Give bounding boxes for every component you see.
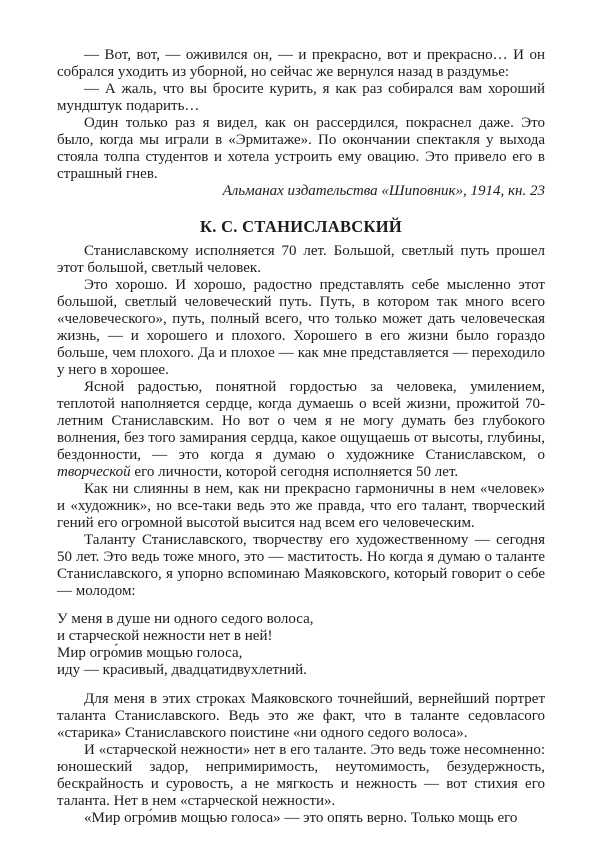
source-attribution: Альманах издательства «Шиповник», 1914, … (57, 183, 545, 200)
paragraph-creative-personality: Ясной радостью, понятной гордостью за че… (57, 379, 545, 481)
paragraph-bright-path: Это хорошо. И хорошо, радостно представл… (57, 277, 545, 379)
intro-paragraph-2: — А жаль, что вы бросите курить, я как р… (57, 81, 545, 115)
paragraph-mayakovsky-portrait: Для меня в этих строках Маяковского точн… (57, 691, 545, 742)
verse-line-2: и старческой нежности нет в ней! (57, 628, 545, 645)
paragraph-talent-50-years: Таланту Станиславского, творчеству его х… (57, 532, 545, 600)
verse-line-4: иду — красивый, двадцатидвухлетний. (57, 662, 545, 679)
paragraph-anniversary: Станиславскому исполняется 70 лет. Больш… (57, 243, 545, 277)
verse-line-3: Мир огро́мив мощью голоса, (57, 645, 545, 662)
intro-paragraph-3: Один только раз я видел, как он рассерди… (57, 115, 545, 183)
article-title: К. С. СТАНИСЛАВСКИЙ (57, 218, 545, 236)
paragraph-final-line: «Мир огро́мив мощью голоса» — это опять … (57, 810, 545, 827)
text-run-before: Ясной радостью, понятной гордостью за че… (57, 379, 545, 463)
paragraph-talent-harmony: Как ни слиянны в нем, как ни прекрасно г… (57, 481, 545, 532)
intro-paragraph-1: — Вот, вот, — оживился он, — и прекрасно… (57, 47, 545, 81)
verse-quote-mayakovsky: У меня в душе ни одного седого волоса, и… (57, 611, 545, 679)
book-page: — Вот, вот, — оживился он, — и прекрасно… (0, 0, 600, 849)
paragraph-no-senile-tenderness: И «старческой нежности» нет в его талант… (57, 742, 545, 810)
text-run-after: его личности, которой сегодня исполняетс… (131, 464, 458, 480)
italic-word-creative: творческой (57, 464, 131, 480)
verse-line-1: У меня в душе ни одного седого волоса, (57, 611, 545, 628)
